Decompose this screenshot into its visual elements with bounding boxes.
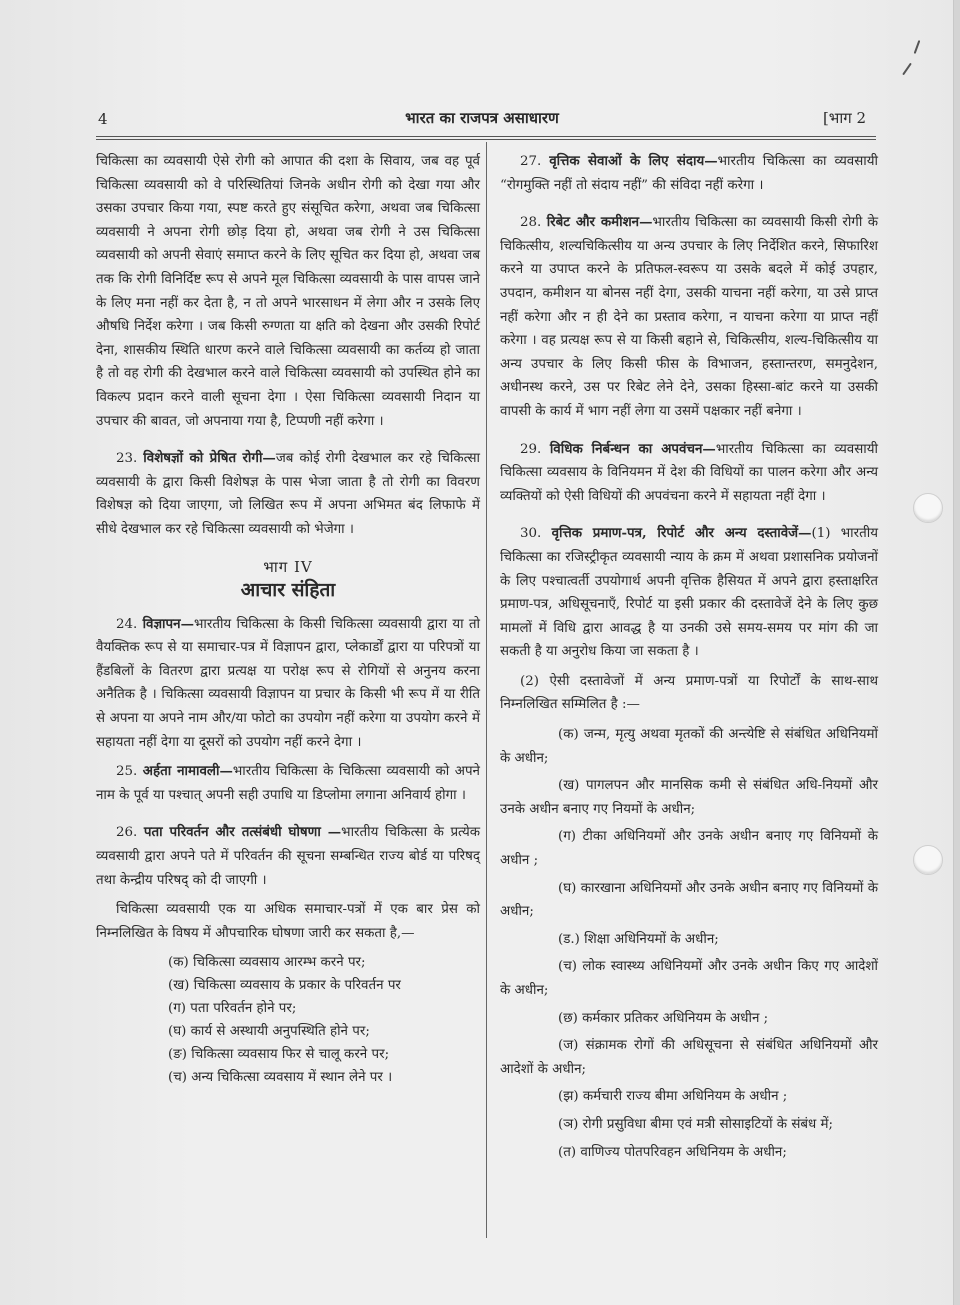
list-item: (ड.) शिक्षा अधिनियमों के अधीन; — [500, 928, 878, 952]
section-heading: पता परिवर्तन और तत्संबंधी घोषणा — — [144, 824, 341, 840]
list-item: (झ) कर्मचारी राज्य बीमा अधिनियम के अधीन … — [500, 1085, 878, 1109]
list-item: (च) लोक स्वास्थ्य अधिनियमों और उनके अधीन… — [500, 955, 878, 1002]
punch-hole — [913, 493, 943, 523]
list-item: (च) अन्य चिकित्सा व्यवसाय में स्थान लेने… — [168, 1066, 480, 1089]
section-30-para2: (2) ऐसी दस्तावेजों में अन्य प्रमाण-पत्रो… — [500, 670, 878, 717]
section-heading: वृत्तिक प्रमाण-पत्र, रिपोर्ट और अन्य दस्… — [552, 525, 812, 541]
section-25: 25. अर्हता नामावली—भारतीय चिकित्सा के चि… — [96, 760, 480, 807]
section-heading: विशेषज्ञों को प्रेषित रोगी— — [143, 450, 276, 466]
left-column: चिकित्सा का व्यवसायी ऐसे रोगी को आपात की… — [96, 150, 480, 1089]
section-27: 27. वृत्तिक सेवाओं के लिए संदाय—भारतीय च… — [500, 150, 878, 197]
list-item: (क) चिकित्सा व्यवसाय आरम्भ करने पर; — [168, 951, 480, 974]
section-30: 30. वृत्तिक प्रमाण-पत्र, रिपोर्ट और अन्य… — [500, 522, 878, 664]
list-item: (घ) कारखाना अधिनियमों और उनके अधीन बनाए … — [500, 877, 878, 924]
right-column: 27. वृत्तिक सेवाओं के लिए संदाय—भारतीय च… — [500, 150, 878, 1168]
section-26: 26. पता परिवर्तन और तत्संबंधी घोषणा —भार… — [96, 821, 480, 892]
part-label: [भाग 2 — [823, 108, 866, 128]
section-26-para2: चिकित्सा व्यवसायी एक या अधिक समाचार-पत्र… — [96, 898, 480, 945]
list-item: (ङ) चिकित्सा व्यवसाय फिर से चालू करने पर… — [168, 1043, 480, 1066]
page-header: 4 भारत का राजपत्र असाधारण [भाग 2 — [98, 108, 866, 132]
section-heading: अर्हता नामावली— — [143, 763, 233, 779]
list-item: (ज) संक्रामक रोगों की अधिसूचना से संबंधि… — [500, 1034, 878, 1081]
pen-mark — [902, 63, 912, 76]
list-item: (ञ) रोगी प्रसुविधा बीमा एवं मत्री सोसाइट… — [500, 1113, 878, 1137]
list-item: (क) जन्म, मृत्यु अथवा मृतकों की अन्त्येष… — [500, 723, 878, 770]
list-item: (त) वाणिज्य पोतपरिवहन अधिनियम के अधीन; — [500, 1141, 878, 1165]
announcement-list: (क) चिकित्सा व्यवसाय आरम्भ करने पर; (ख) … — [168, 951, 480, 1089]
list-item: (ग) टीका अधिनियमों और उनके अधीन बनाए गए … — [500, 825, 878, 872]
section-29: 29. विधिक निर्बन्धन का अपवंचन—भारतीय चिक… — [500, 438, 878, 509]
header-rule — [96, 139, 876, 140]
list-item: (छ) कर्मकार प्रतिकर अधिनियम के अधीन ; — [500, 1007, 878, 1031]
gazette-title: भारत का राजपत्र असाधारण — [98, 108, 866, 128]
page-edge — [953, 0, 960, 1305]
section-heading: विधिक निर्बन्धन का अपवंचन— — [550, 441, 716, 457]
scanned-page: 4 भारत का राजपत्र असाधारण [भाग 2 चिकित्स… — [0, 0, 960, 1305]
part-heading: भाग IV — [96, 556, 480, 580]
punch-hole — [913, 845, 943, 875]
part-title: आचार संहिता — [96, 579, 480, 603]
pen-mark — [914, 40, 921, 54]
list-item: (ग) पता परिवर्तन होने पर; — [168, 997, 480, 1020]
section-23: 23. विशेषज्ञों को प्रेषित रोगी—जब कोई रो… — [96, 447, 480, 541]
list-item: (ख) पागलपन और मानसिक कमी से संबंधित अधि-… — [500, 774, 878, 821]
section-heading: विज्ञापन— — [143, 616, 194, 632]
section-24: 24. विज्ञापन—भारतीय चिकित्सा के किसी चिक… — [96, 613, 480, 755]
list-item: (ख) चिकित्सा व्यवसाय के प्रकार के परिवर्… — [168, 974, 480, 997]
column-divider — [486, 142, 487, 1238]
list-item: (घ) कार्य से अस्थायी अनुपस्थिति होने पर; — [168, 1020, 480, 1043]
section-heading: वृत्तिक सेवाओं के लिए संदाय— — [549, 153, 717, 169]
section-heading: रिबेट और कमीशन— — [547, 214, 653, 230]
header-rule — [96, 136, 876, 137]
section-28: 28. रिबेट और कमीशन—भारतीय चिकित्सा का व्… — [500, 211, 878, 423]
continuation-paragraph: चिकित्सा का व्यवसायी ऐसे रोगी को आपात की… — [96, 150, 480, 433]
